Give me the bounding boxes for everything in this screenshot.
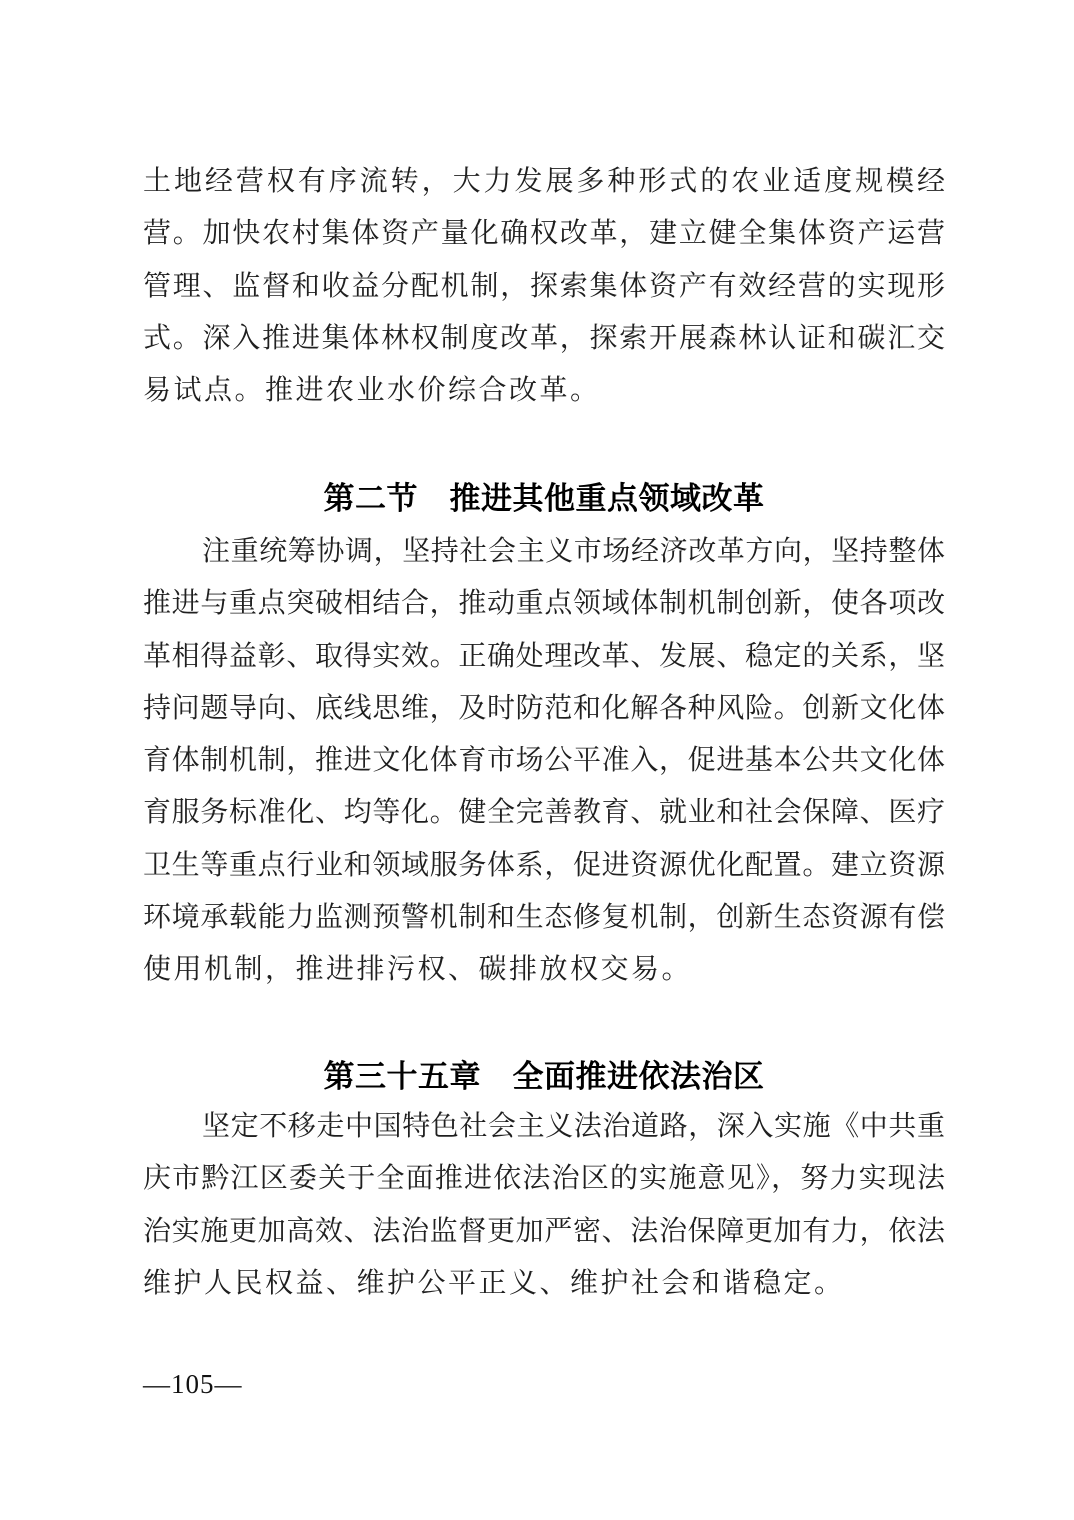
text-line: 育体制机制，推进文化体育市场公平准入，促进基本公共文化体	[143, 735, 945, 787]
section-heading: 第二节 推进其他重点领域改革	[143, 473, 945, 525]
page-number: —105—	[143, 1367, 243, 1401]
text-line: 推进与重点突破相结合，推动重点领域体制机制创新，使各项改	[143, 578, 945, 630]
text-line: 庆市黔江区委关于全面推进依法治区的实施意见》，努力实现法	[143, 1153, 945, 1205]
paragraph-3: 坚定不移走中国特色社会主义法治道路，深入实施《中共重 庆市黔江区委关于全面推进依…	[143, 1101, 945, 1310]
text-line: 注重统筹协调，坚持社会主义市场经济改革方向，坚持整体	[143, 526, 945, 578]
text-line: 使用机制，推进排污权、碳排放权交易。	[143, 944, 945, 996]
text-line: 治实施更加高效、法治监督更加严密、法治保障更加有力，依法	[143, 1206, 945, 1258]
paragraph-1: 土地经营权有序流转，大力发展多种形式的农业适度规模经 营。加快农村集体资产量化确…	[143, 156, 945, 417]
text-line: 持问题导向、底线思维，及时防范和化解各种风险。创新文化体	[143, 683, 945, 735]
paragraph-2: 注重统筹协调，坚持社会主义市场经济改革方向，坚持整体 推进与重点突破相结合，推动…	[143, 526, 945, 997]
text-line: 营。加快农村集体资产量化确权改革，建立健全集体资产运营	[143, 208, 945, 260]
text-line: 式。深入推进集体林权制度改革，探索开展森林认证和碳汇交	[143, 313, 945, 365]
text-line: 育服务标准化、均等化。健全完善教育、就业和社会保障、医疗	[143, 787, 945, 839]
text-line: 卫生等重点行业和领域服务体系，促进资源优化配置。建立资源	[143, 840, 945, 892]
chapter-heading: 第三十五章 全面推进依法治区	[143, 1051, 945, 1103]
text-line: 坚定不移走中国特色社会主义法治道路，深入实施《中共重	[143, 1101, 945, 1153]
text-line: 管理、监督和收益分配机制，探索集体资产有效经营的实现形	[143, 261, 945, 313]
document-page: 土地经营权有序流转，大力发展多种形式的农业适度规模经 营。加快农村集体资产量化确…	[0, 0, 1074, 1520]
text-line: 易试点。推进农业水价综合改革。	[143, 365, 945, 417]
text-line: 土地经营权有序流转，大力发展多种形式的农业适度规模经	[143, 156, 945, 208]
text-line: 环境承载能力监测预警机制和生态修复机制，创新生态资源有偿	[143, 892, 945, 944]
text-line: 维护人民权益、维护公平正义、维护社会和谐稳定。	[143, 1258, 945, 1310]
text-line: 革相得益彰、取得实效。正确处理改革、发展、稳定的关系，坚	[143, 631, 945, 683]
